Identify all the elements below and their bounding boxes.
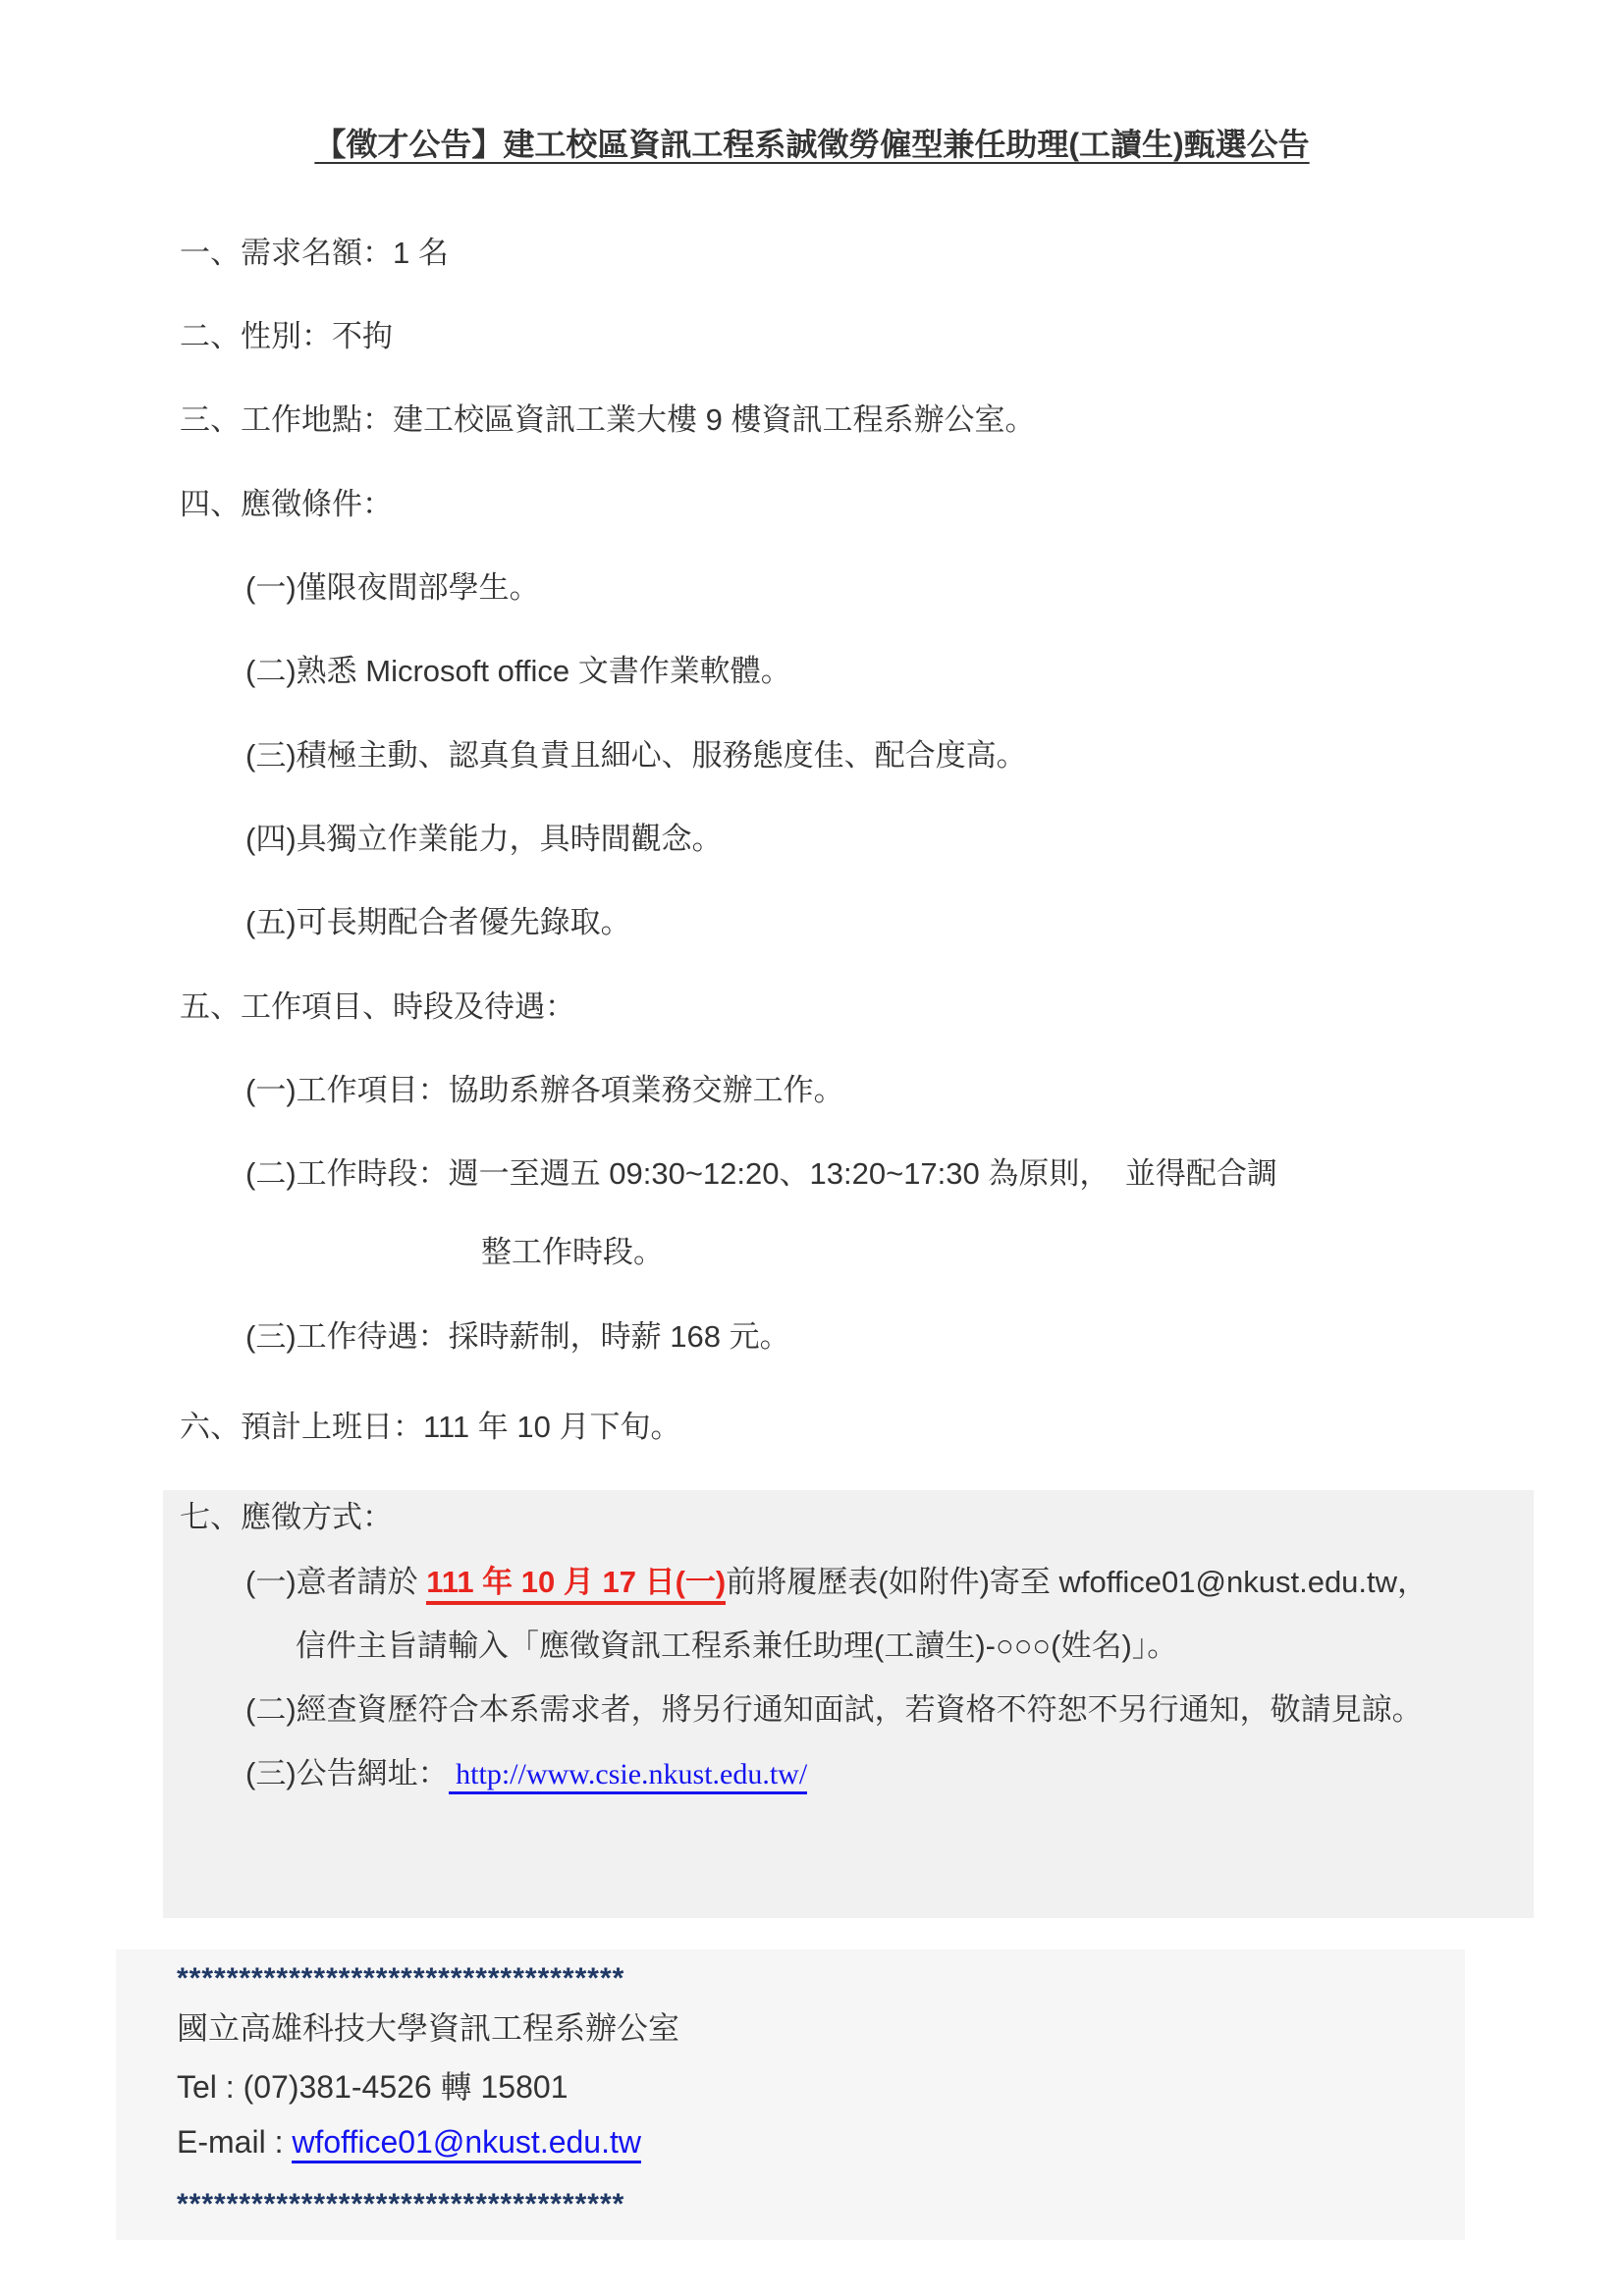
item-7-1-continuation: 信件主旨請輸入「應徵資訊工程系兼任助理(工讀生)-○○○(姓名)」。 [296, 1627, 1177, 1666]
item-5-1: (一)工作項目：協助系辦各項業務交辦工作。 [245, 1071, 844, 1110]
page-title: 【徵才公告】建工校區資訊工程系誠徵勞僱型兼任助理(工讀生)甄選公告 [0, 120, 1624, 165]
item-4-4: (四)具獨立作業能力，具時間觀念。 [245, 820, 723, 859]
footer-office-name: 國立高雄科技大學資訊工程系辦公室 [177, 2008, 679, 2048]
divider-stars-bottom: ************************************ [177, 2185, 624, 2224]
item-4-5: (五)可長期配合者優先錄取。 [245, 903, 631, 942]
item-5-2: (二)工作時段：週一至週五 09:30~12:20、13:20~17:30 為原… [245, 1154, 1277, 1194]
application-deadline-text: 111 年 10 月 17 日(一) [426, 1565, 726, 1605]
item-7-apply-method: 七、應徵方式： [180, 1498, 393, 1537]
document-page: 【徵才公告】建工校區資訊工程系誠徵勞僱型兼任助理(工讀生)甄選公告 一、需求名額… [0, 0, 1624, 2296]
item-7-2: (二)經查資歷符合本系需求者，將另行通知面試，若資格不符恕不另行通知，敬請見諒。 [245, 1690, 1423, 1730]
item-4-conditions: 四、應徵條件： [180, 485, 393, 524]
item-3-location: 三、工作地點：建工校區資訊工業大樓 9 樓資訊工程系辦公室。 [180, 400, 1035, 440]
item-4-3: (三)積極主動、認真負責且細心、服務態度佳、配合度高。 [245, 736, 1027, 775]
item-5-work: 五、工作項目、時段及待遇： [180, 988, 575, 1027]
item-7-3: (三)公告網址： http://www.csie.nkust.edu.tw/ [245, 1754, 807, 1794]
item-4-2: (二)熟悉 Microsoft office 文書作業軟體。 [245, 652, 791, 691]
item-2-gender: 二、性別：不拘 [180, 317, 393, 356]
divider-stars-top: ************************************ [177, 1959, 624, 1999]
announcement-url-link[interactable]: http://www.csie.nkust.edu.tw/ [449, 1758, 808, 1794]
item-4-1: (一)僅限夜間部學生。 [245, 568, 540, 608]
item-5-3: (三)工作待遇：採時薪制，時薪 168 元。 [245, 1317, 790, 1357]
footer-email-label: E-mail : [177, 2124, 292, 2160]
item-7-1-prefix: (一)意者請於 [245, 1565, 426, 1599]
item-5-2-continuation: 整工作時段。 [481, 1233, 664, 1272]
item-7-1-suffix: 前將履歷表(如附件)寄至 wfoffice01@nkust.edu.tw， [726, 1565, 1428, 1599]
item-7-3-label: (三)公告網址： [245, 1756, 449, 1790]
footer-email-line: E-mail : wfoffice01@nkust.edu.tw [177, 2122, 641, 2162]
item-7-1: (一)意者請於 111 年 10 月 17 日(一)前將履歷表(如附件)寄至 w… [245, 1563, 1428, 1602]
footer-telephone: Tel : (07)381-4526 轉 15801 [177, 2067, 568, 2107]
item-6-start-date: 六、預計上班日：111 年 10 月下旬。 [180, 1408, 680, 1447]
footer-email-link[interactable]: wfoffice01@nkust.edu.tw [292, 2124, 641, 2163]
item-1-quota: 一、需求名額：1 名 [180, 234, 449, 273]
